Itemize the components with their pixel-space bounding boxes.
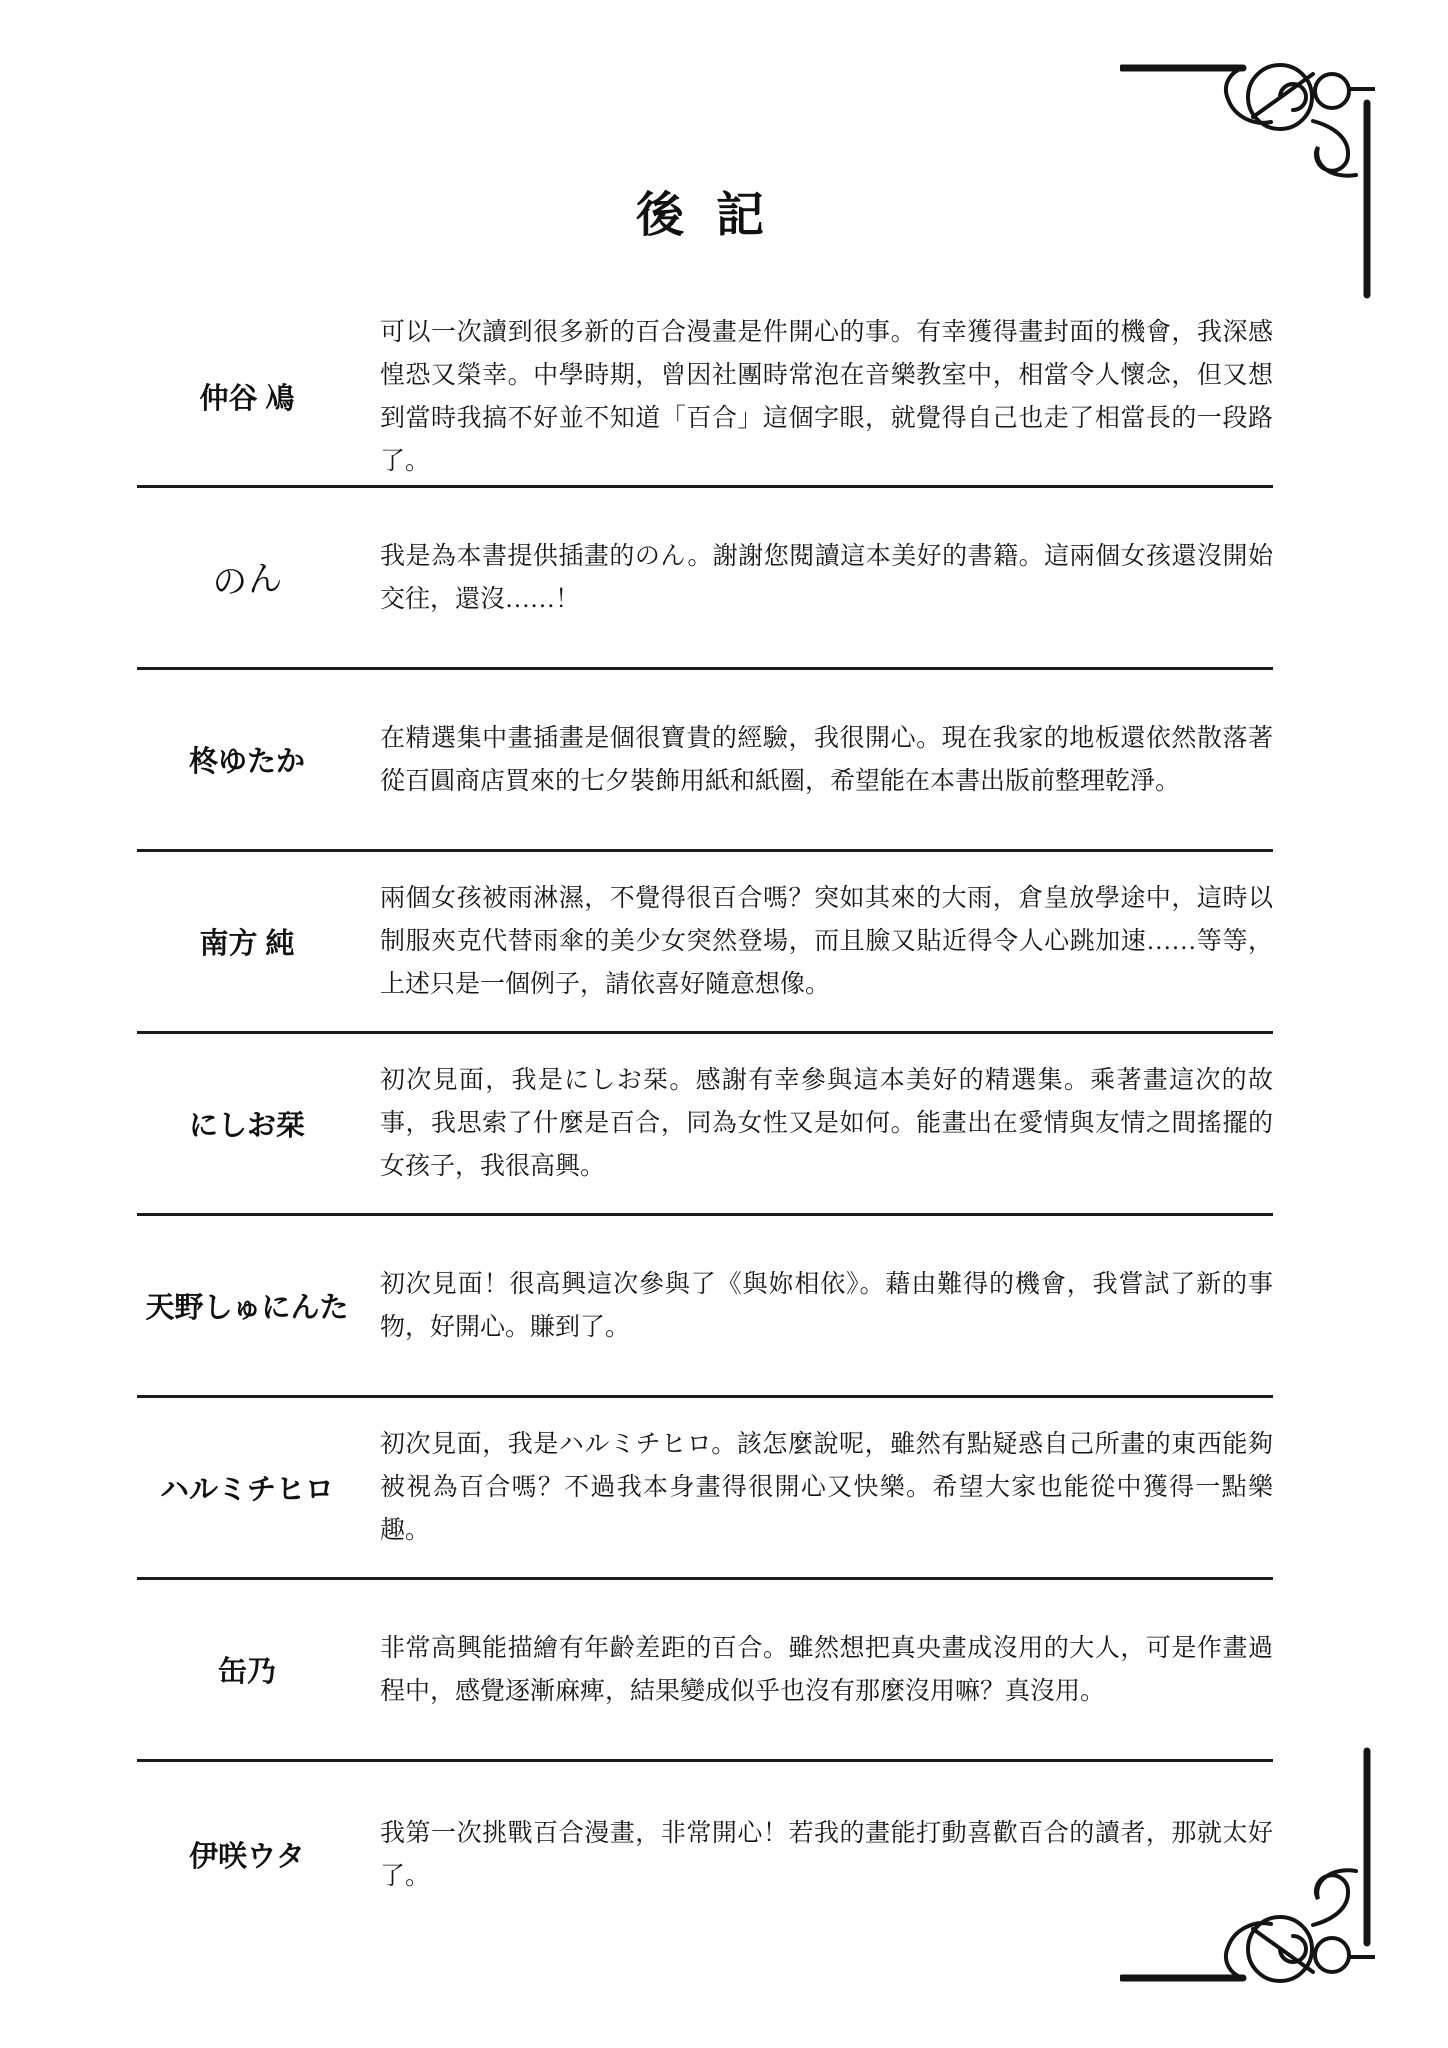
author-comment-column: 非常高興能描繪有年齡差距的百合。雖然想把真央畫成沒用的大人，可是作畫過程中，感覺… — [380, 1627, 1273, 1713]
author-name-column: のん — [137, 553, 357, 603]
author-name: 柊ゆたか — [189, 739, 305, 780]
author-name: 仲谷 鳰 — [199, 376, 294, 417]
author-comment: 初次見面！很高興這次參與了《與妳相依》。藉由難得的機會，我嘗試了新的事物，好開心… — [380, 1263, 1273, 1349]
afterword-entry: 天野しゅにんた 初次見面！很高興這次參與了《與妳相依》。藉由難得的機會，我嘗試了… — [137, 1216, 1273, 1398]
author-comment: 可以一次讀到很多新的百合漫畫是件開心的事。有幸獲得畫封面的機會，我深感惶恐又榮幸… — [380, 311, 1273, 483]
author-name-column: 柊ゆたか — [137, 739, 357, 780]
author-name-column: 伊咲ウタ — [137, 1834, 357, 1875]
author-name: のん — [210, 550, 284, 606]
author-name: にしお栞 — [189, 1103, 305, 1144]
author-name: ハルミチヒロ — [160, 1467, 334, 1508]
author-comment: 初次見面，我是ハルミチヒロ。該怎麼說呢，雖然有點疑惑自己所畫的東西能夠被視為百合… — [380, 1423, 1273, 1552]
afterword-entry: 南方 純 兩個女孩被雨淋濕，不覺得很百合嗎？突如其來的大雨，倉皇放學途中，這時以… — [137, 852, 1273, 1034]
author-comment-column: 我第一次挑戰百合漫畫，非常開心！若我的畫能打動喜歡百合的讀者，那就太好了。 — [380, 1812, 1273, 1898]
author-name: 天野しゅにんた — [145, 1285, 348, 1326]
afterword-entry: 缶乃 非常高興能描繪有年齡差距的百合。雖然想把真央畫成沒用的大人，可是作畫過程中… — [137, 1580, 1273, 1762]
author-name: 南方 純 — [199, 921, 294, 962]
author-comment-column: 兩個女孩被雨淋濕，不覺得很百合嗎？突如其來的大雨，倉皇放學途中，這時以制服夾克代… — [380, 877, 1273, 1006]
page-title: 後 記 — [560, 176, 850, 245]
afterword-page: 後 記 仲谷 鳰 可以一次讀到很多新的百合漫畫是件開心的事。有幸獲得畫封面的機會… — [0, 0, 1448, 2048]
author-name-column: 缶乃 — [137, 1649, 357, 1690]
author-comment-column: 初次見面！很高興這次參與了《與妳相依》。藉由難得的機會，我嘗試了新的事物，好開心… — [380, 1263, 1273, 1349]
author-name-column: にしお栞 — [137, 1103, 357, 1144]
author-comment: 兩個女孩被雨淋濕，不覺得很百合嗎？突如其來的大雨，倉皇放學途中，這時以制服夾克代… — [380, 877, 1273, 1006]
author-comment: 在精選集中畫插畫是個很寶貴的經驗，我很開心。現在我家的地板還依然散落著從百圓商店… — [380, 717, 1273, 803]
author-comment: 初次見面，我是にしお栞。感謝有幸參與這本美好的精選集。乘著畫這次的故事，我思索了… — [380, 1059, 1273, 1188]
author-comment: 非常高興能描繪有年齡差距的百合。雖然想把真央畫成沒用的大人，可是作畫過程中，感覺… — [380, 1627, 1273, 1713]
afterword-entry: にしお栞 初次見面，我是にしお栞。感謝有幸參與這本美好的精選集。乘著畫這次的故事… — [137, 1034, 1273, 1216]
author-name: 伊咲ウタ — [189, 1834, 305, 1875]
author-name-column: 天野しゅにんた — [137, 1285, 357, 1326]
author-name: 缶乃 — [218, 1649, 276, 1690]
author-comment: 我是為本書提供插畫的のん。謝謝您閱讀這本美好的書籍。這兩個女孩還沒開始交往，還沒… — [380, 535, 1273, 621]
afterword-entry: 仲谷 鳰 可以一次讀到很多新的百合漫畫是件開心的事。有幸獲得畫封面的機會，我深感… — [137, 250, 1273, 488]
author-name-column: 南方 純 — [137, 921, 357, 962]
author-name-column: 仲谷 鳰 — [137, 376, 357, 417]
author-name-column: ハルミチヒロ — [137, 1467, 357, 1508]
afterword-entry: のん 我是為本書提供插畫的のん。謝謝您閱讀這本美好的書籍。這兩個女孩還沒開始交往… — [137, 488, 1273, 670]
afterword-entry: ハルミチヒロ 初次見面，我是ハルミチヒロ。該怎麼說呢，雖然有點疑惑自己所畫的東西… — [137, 1398, 1273, 1580]
afterword-entry: 柊ゆたか 在精選集中畫插畫是個很寶貴的經驗，我很開心。現在我家的地板還依然散落著… — [137, 670, 1273, 852]
author-comment-column: 在精選集中畫插畫是個很寶貴的經驗，我很開心。現在我家的地板還依然散落著從百圓商店… — [380, 717, 1273, 803]
author-comment-column: 我是為本書提供插畫的のん。謝謝您閱讀這本美好的書籍。這兩個女孩還沒開始交往，還沒… — [380, 535, 1273, 621]
author-comment-column: 可以一次讀到很多新的百合漫畫是件開心的事。有幸獲得畫封面的機會，我深感惶恐又榮幸… — [380, 311, 1273, 483]
author-comment-column: 初次見面，我是にしお栞。感謝有幸參與這本美好的精選集。乘著畫這次的故事，我思索了… — [380, 1059, 1273, 1188]
author-comment: 我第一次挑戰百合漫畫，非常開心！若我的畫能打動喜歡百合的讀者，那就太好了。 — [380, 1812, 1273, 1898]
afterword-list: 仲谷 鳰 可以一次讀到很多新的百合漫畫是件開心的事。有幸獲得畫封面的機會，我深感… — [137, 250, 1273, 1947]
author-comment-column: 初次見面，我是ハルミチヒロ。該怎麼說呢，雖然有點疑惑自己所畫的東西能夠被視為百合… — [380, 1423, 1273, 1552]
afterword-entry: 伊咲ウタ 我第一次挑戰百合漫畫，非常開心！若我的畫能打動喜歡百合的讀者，那就太好… — [137, 1762, 1273, 1947]
